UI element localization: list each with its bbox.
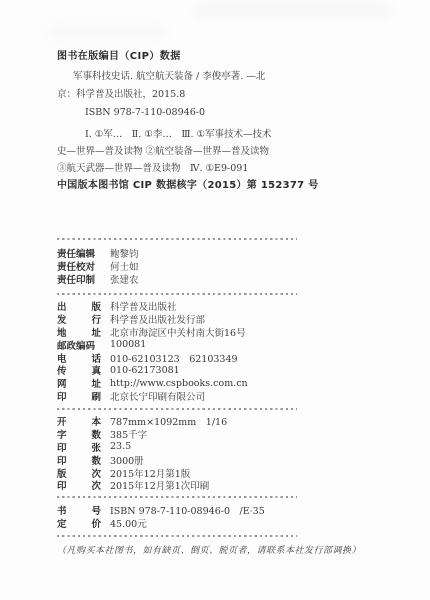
exchange-note: （凡购买本社图书，如有缺页、倒页、脱页者，请联系本社发行部调换） — [57, 543, 357, 556]
colophon-row: 电话 010-62103123 62103349 — [57, 351, 248, 364]
dotted-divider — [57, 408, 297, 410]
field-label: 定价 — [57, 516, 101, 530]
publisher-section: 出版 科学普及出版社 发行 科学普及出版社发行部 地址 北京市海淀区中关村南大街… — [57, 300, 248, 402]
field-value: 鲍黎钧 — [110, 246, 139, 260]
colophon-row: 出版 科学普及出版社 — [57, 300, 248, 313]
cip-heading: 图书在版编目（CIP）数据 — [57, 50, 181, 64]
staff-row: 责任编辑 鲍黎钧 — [57, 246, 139, 259]
field-value: http://www.cspbooks.com.cn — [110, 378, 248, 389]
colophon-row: 版次 2015年12月第1版 — [57, 466, 227, 479]
field-label: 责任印制 — [57, 272, 101, 286]
field-label: 书号 — [57, 503, 101, 517]
colophon-row: 字数 385千字 — [57, 428, 227, 441]
field-value: ISBN 978-7-110-08946-0 /E·35 — [110, 503, 265, 517]
specs-section: 开本 787mm×1092mm 1/16 字数 385千字 印张 23.5 印数… — [57, 415, 227, 492]
cip-entry-line: 军事科技史话. 航空航天装备 / 李俊亭著. —北 — [57, 68, 337, 86]
field-value: 北京市海淀区中关村南大街16号 — [110, 325, 246, 339]
field-label: 印刷 — [57, 389, 101, 403]
field-value: 23.5 — [110, 441, 131, 452]
colophon-row: 开本 787mm×1092mm 1/16 — [57, 415, 227, 428]
dotted-divider — [57, 496, 297, 498]
staff-row: 责任校对 何士如 — [57, 259, 139, 272]
colophon-row: 印张 23.5 — [57, 441, 227, 454]
colophon-row: 网址 http://www.cspbooks.com.cn — [57, 377, 248, 390]
cip-classification-block: Ⅰ. ①军… Ⅱ. ①李… Ⅲ. ①军事技术—技术 史—世界—普及读物 ②航空装… — [57, 126, 337, 177]
field-value: 45.00元 — [110, 516, 147, 530]
colophon-row: 印刷 北京长宁印刷有限公司 — [57, 390, 248, 403]
cip-record-number: 中国版本图书馆 CIP 数据核字（2015）第 152377 号 — [57, 179, 319, 193]
colophon-row: 邮政编码 100081 — [57, 338, 248, 351]
colophon-row: 印次 2015年12月第1次印刷 — [57, 479, 227, 492]
colophon-row: 印数 3000册 — [57, 453, 227, 466]
colophon-row: 传真 010-62173081 — [57, 364, 248, 377]
dotted-divider — [57, 293, 297, 295]
cip-entry-line: 京：科学普及出版社，2015.8 — [57, 86, 337, 104]
field-value: 010-62173081 — [110, 365, 180, 376]
page-smudge — [48, 25, 166, 39]
cip-classification-line: ③航天武器—世界—普及读物 Ⅳ. ①E9-091 — [57, 160, 337, 177]
field-value: 385千字 — [110, 427, 147, 441]
field-label: 印次 — [57, 478, 101, 492]
cip-entry-block: 军事科技史话. 航空航天装备 / 李俊亭著. —北 京：科学普及出版社，2015… — [57, 68, 337, 122]
cip-classification-line: 史—世界—普及读物 ②航空装备—世界—普及读物 — [57, 143, 337, 160]
dotted-divider — [57, 535, 297, 537]
dotted-divider — [57, 238, 297, 240]
field-label: 责任编辑 — [57, 246, 101, 260]
field-label: 责任校对 — [57, 259, 101, 273]
field-value: 张建农 — [110, 272, 139, 286]
field-value: 010-62103123 62103349 — [110, 351, 238, 365]
cip-classification-line: Ⅰ. ①军… Ⅱ. ①李… Ⅲ. ①军事技术—技术 — [57, 126, 337, 143]
cip-isbn-line: ISBN 978-7-110-08946-0 — [57, 104, 337, 122]
field-value: 100081 — [110, 339, 146, 350]
field-value: 2015年12月第1次印刷 — [110, 478, 209, 492]
colophon-row: 发行 科学普及出版社发行部 — [57, 313, 248, 326]
pricing-section: 书号 ISBN 978-7-110-08946-0 /E·35 定价 45.00… — [57, 503, 265, 529]
colophon-row: 定价 45.00元 — [57, 516, 265, 529]
field-value: 北京长宁印刷有限公司 — [110, 389, 205, 403]
field-value: 何士如 — [110, 259, 139, 273]
colophon-row: 书号 ISBN 978-7-110-08946-0 /E·35 — [57, 503, 265, 516]
staff-row: 责任印制 张建农 — [57, 272, 139, 285]
staff-section: 责任编辑 鲍黎钧 责任校对 何士如 责任印制 张建农 — [57, 246, 139, 286]
colophon-row: 地址 北京市海淀区中关村南大街16号 — [57, 326, 248, 339]
page-smudge — [195, 3, 390, 18]
